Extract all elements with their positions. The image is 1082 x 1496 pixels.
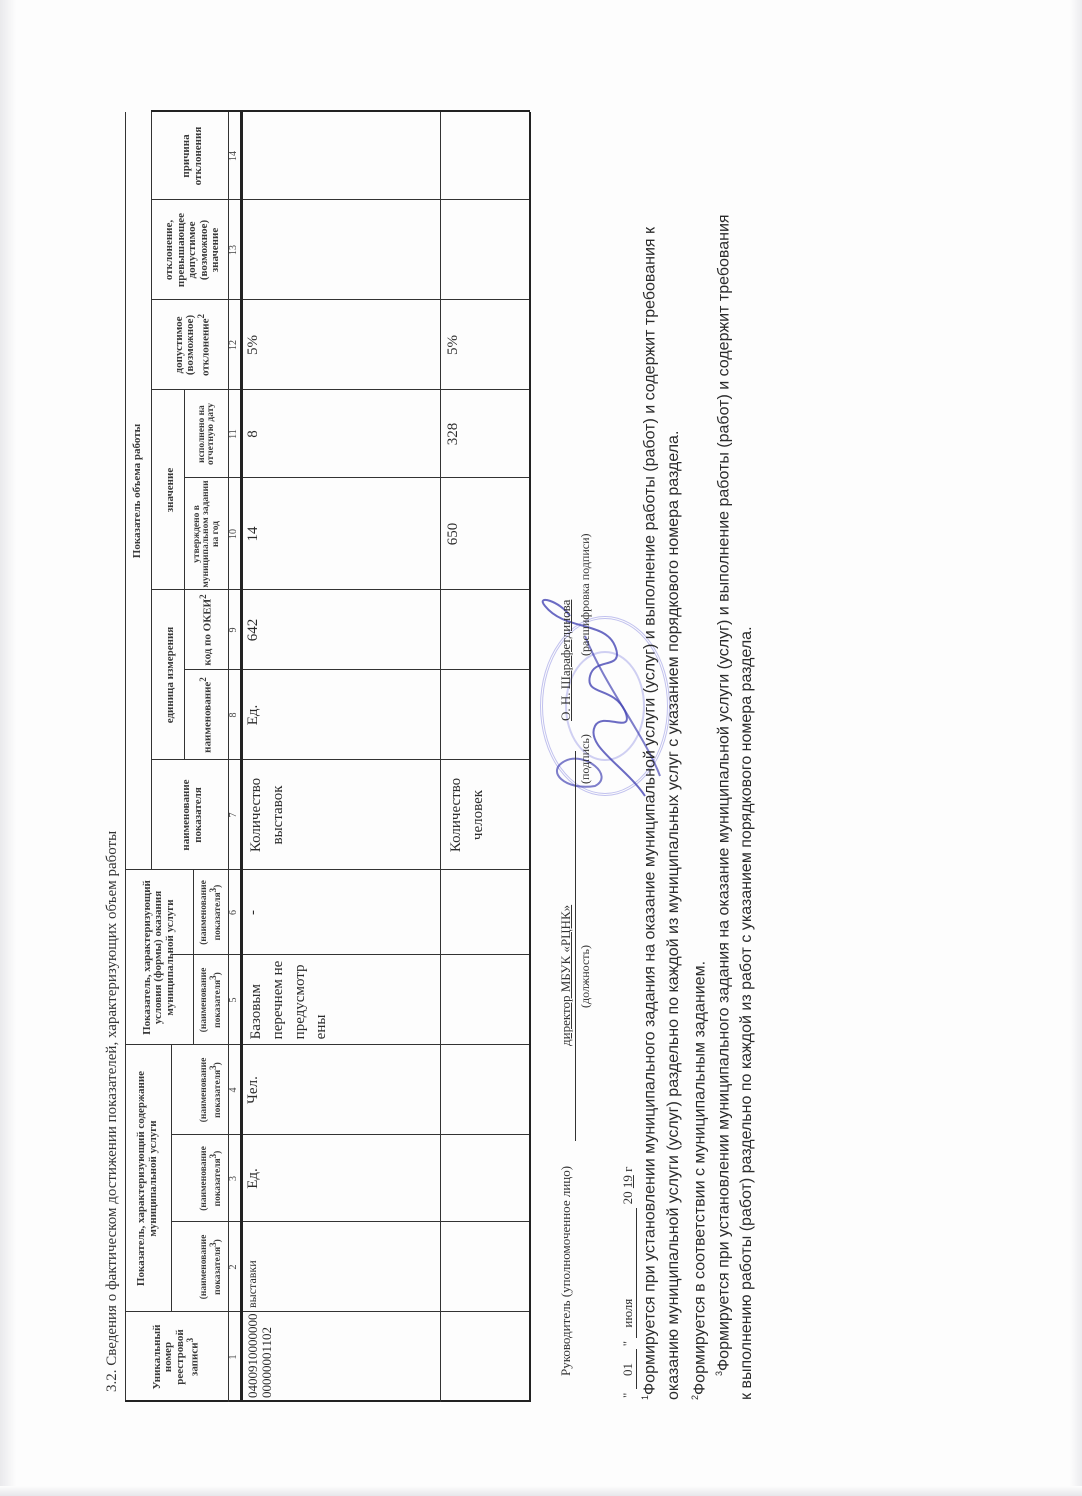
table-cell-unique-number: 040091000000000000001102 <box>240 1312 440 1402</box>
header-param-4: (наименование показателя3) <box>196 1045 228 1135</box>
table-border <box>151 589 530 590</box>
table-cell-exceeding-deviation <box>440 200 530 300</box>
column-number: 11 <box>228 390 240 478</box>
signature-caption: (подпись) <box>578 734 593 784</box>
header-unit-group: единица измерения <box>158 590 184 760</box>
column-number: 6 <box>228 870 240 955</box>
header-executed: исполнено на отчетную дату <box>186 390 228 478</box>
table-cell-executed: 8 <box>240 390 440 478</box>
table-border <box>151 759 530 760</box>
table-border <box>125 869 530 870</box>
table-cell-unit-name <box>440 670 530 760</box>
table-cell-approved: 14 <box>240 478 440 590</box>
column-number: 14 <box>228 112 240 200</box>
footnote-2: 2Формируется в соответствии с муниципаль… <box>690 961 709 1400</box>
footnote-3-line-1: 3Формируется при установлении муниципаль… <box>714 214 733 1376</box>
column-number: 1 <box>228 1312 240 1402</box>
column-number: 12 <box>228 300 240 390</box>
table-cell-col5: Базовымперечнем непредусмотрены <box>240 955 440 1045</box>
table-border <box>171 1221 530 1222</box>
table-cell-col6: - <box>240 870 440 955</box>
signatory-name: О. Н. Шарафетдинова <box>558 600 574 721</box>
header-allowed-deviation: допустимое (возможное) отклонение2 <box>158 300 228 390</box>
column-number: 8 <box>228 670 240 760</box>
header-okei-code: код по ОКЕИ2 <box>186 590 228 670</box>
table-cell-col2: выставки <box>240 1222 440 1312</box>
table-cell-col4: Чел. <box>240 1045 440 1135</box>
table-border <box>184 390 185 760</box>
header-content-group: Показатель, характеризующий содержание м… <box>125 1045 171 1312</box>
table-cell-col2 <box>440 1222 530 1312</box>
column-number: 3 <box>228 1135 240 1222</box>
table-cell-col6 <box>440 870 530 955</box>
table-cell-okei-code <box>440 590 530 670</box>
header-exceeding-deviation: отклонение, превышающее допустимое (возм… <box>158 200 228 300</box>
table-cell-deviation-reason <box>240 112 440 200</box>
column-number: 4 <box>228 1045 240 1135</box>
table-border <box>193 870 194 1045</box>
table-border <box>240 112 243 1402</box>
table-cell-col5 <box>440 955 530 1045</box>
table-border <box>228 112 229 1402</box>
table-border <box>171 1045 172 1312</box>
table-cell-deviation-reason <box>440 112 530 200</box>
table-cell-col3: Ед. <box>240 1135 440 1222</box>
footnote-3-line-2: к выполнению работы (работ) раздельно по… <box>738 626 756 1400</box>
header-param-2: (наименование показателя3) <box>196 1222 228 1312</box>
table-cell-allowed-deviation: 5% <box>240 300 440 390</box>
table-border <box>151 110 530 112</box>
header-unit-name: наименование2 <box>186 670 228 760</box>
table-cell-approved: 650 <box>440 478 530 590</box>
header-param-6: (наименование показателя3) <box>196 870 228 955</box>
position-underline <box>575 751 576 1141</box>
footnote-1-line-2: оказанию муниципальной услуги (услуг) ра… <box>665 431 683 1400</box>
table-cell-col3 <box>440 1135 530 1222</box>
scanned-page: 3.2. Сведения о фактическом достижении п… <box>0 0 1082 1496</box>
table-border <box>125 1400 530 1402</box>
header-deviation-reason: причина отклонения <box>158 112 228 200</box>
signatory-role-label: Руководитель (уполномоченное лицо) <box>558 1166 574 1376</box>
report-date: " 01 " июля 20 19 г <box>620 1167 637 1398</box>
table-border <box>184 669 530 670</box>
table-border <box>125 1311 530 1312</box>
header-value-group: значение <box>158 390 184 590</box>
table-border <box>151 389 530 390</box>
table-cell-unit-name: Ед. <box>240 670 440 760</box>
column-number: 7 <box>228 760 240 870</box>
header-param-3: (наименование показателя3) <box>196 1135 228 1222</box>
header-conditions-group: Показатель, характеризующий условия (фор… <box>125 870 193 1045</box>
table-border <box>151 112 152 870</box>
footnote-1-line-1: 1Формируется при установлении муниципаль… <box>640 227 659 1400</box>
table-cell-indicator: Количествовыставок <box>240 760 440 870</box>
header-indicator-name: наименование показателя <box>158 760 228 870</box>
table-cell-exceeding-deviation <box>240 200 440 300</box>
table-cell-col4 <box>440 1045 530 1135</box>
column-number: 10 <box>228 478 240 590</box>
header-volume-group: Показатель объема работы <box>125 112 151 870</box>
table-border <box>125 112 126 1402</box>
table-border <box>151 299 530 300</box>
table-border <box>184 477 530 478</box>
header-param-5: (наименование показателя3) <box>196 955 228 1045</box>
table-cell-okei-code: 642 <box>240 590 440 670</box>
table-cell-indicator: Количествочеловек <box>440 760 530 870</box>
position-caption: (должность) <box>578 945 593 1008</box>
table-cell-unique-number <box>440 1312 530 1402</box>
table-border <box>440 112 441 1402</box>
signatory-position: директор МБУК «РЦНК» <box>558 905 574 1046</box>
column-number: 9 <box>228 590 240 670</box>
table-border <box>151 199 530 200</box>
table-border <box>171 954 530 955</box>
column-number: 2 <box>228 1222 240 1312</box>
column-number: 5 <box>228 955 240 1045</box>
header-approved: утверждено в муниципальном задании на го… <box>186 478 228 590</box>
name-caption: (расшифровка подписи) <box>578 534 593 657</box>
table-border <box>125 1044 530 1045</box>
header-unique-number: Уникальный номер реестровой записи3 <box>125 1312 228 1402</box>
table-cell-executed: 328 <box>440 390 530 478</box>
table-border <box>171 1134 530 1135</box>
column-number: 13 <box>228 200 240 300</box>
table-cell-allowed-deviation: 5% <box>440 300 530 390</box>
